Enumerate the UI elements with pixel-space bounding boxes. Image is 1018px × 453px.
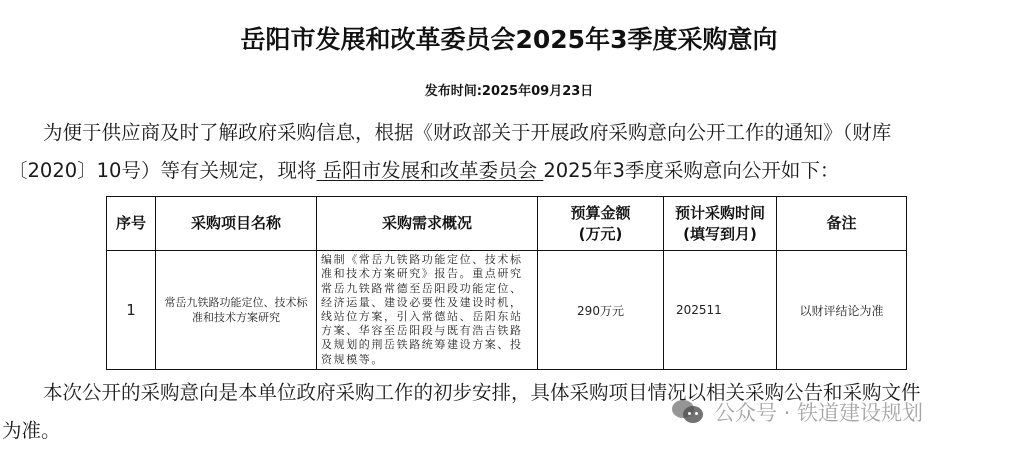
header-seq: 序号 bbox=[107, 197, 156, 251]
header-project-name: 采购项目名称 bbox=[156, 197, 317, 251]
intro-line-2-suffix: 2025年3季度采购意向公开如下： bbox=[543, 159, 839, 182]
procurement-table: 序号 采购项目名称 采购需求概况 预算金额(万元) 预计采购时间(填写到月) 备… bbox=[106, 196, 907, 370]
intro-paragraph: 为便于供应商及时了解政府采购信息，根据《财政部关于开展政府采购意向公开工作的通知… bbox=[0, 114, 1018, 190]
header-time-line2: (填写到月) bbox=[683, 225, 757, 243]
cell-requirement: 编制《常岳九铁路功能定位、技术标准和技术方案研究》报告。重点研究常岳九铁路常德至… bbox=[317, 251, 538, 370]
cell-project-name: 常岳九铁路功能定位、技术标准和技术方案研究 bbox=[156, 251, 317, 370]
organization-name: 岳阳市发展和改革委员会 bbox=[316, 159, 543, 182]
intro-line-2: 〔2020〕10号）等有关规定，现将 岳阳市发展和改革委员会 2025年3季度采… bbox=[0, 152, 1018, 190]
page-title: 岳阳市发展和改革委员会2025年3季度采购意向 bbox=[0, 20, 1018, 56]
watermark: 公众号 · 铁道建设规划 bbox=[672, 398, 923, 426]
table-header-row: 序号 采购项目名称 采购需求概况 预算金额(万元) 预计采购时间(填写到月) 备… bbox=[107, 197, 907, 251]
header-budget-line1: 预算金额 bbox=[570, 204, 630, 222]
header-remark: 备注 bbox=[777, 197, 907, 251]
intro-line-1: 为便于供应商及时了解政府采购信息，根据《财政部关于开展政府采购意向公开工作的通知… bbox=[0, 114, 1018, 152]
table-row: 1 常岳九铁路功能定位、技术标准和技术方案研究 编制《常岳九铁路功能定位、技术标… bbox=[107, 251, 907, 370]
publish-date: 发布时间:2025年09月23日 bbox=[0, 80, 1018, 99]
cell-remark: 以财评结论为准 bbox=[777, 251, 907, 370]
intro-line-2-prefix: 〔2020〕10号）等有关规定，现将 bbox=[8, 159, 316, 182]
header-budget: 预算金额(万元) bbox=[538, 197, 664, 251]
wechat-icon bbox=[672, 400, 706, 424]
watermark-text: 公众号 · 铁道建设规划 bbox=[714, 397, 923, 427]
header-budget-line2: (万元) bbox=[579, 225, 623, 243]
cell-procurement-time: 202511 bbox=[664, 251, 777, 370]
header-procurement-time: 预计采购时间(填写到月) bbox=[664, 197, 777, 251]
header-time-line1: 预计采购时间 bbox=[675, 204, 765, 222]
header-requirement: 采购需求概况 bbox=[317, 197, 538, 251]
cell-budget: 290万元 bbox=[538, 251, 664, 370]
cell-seq: 1 bbox=[107, 251, 156, 370]
